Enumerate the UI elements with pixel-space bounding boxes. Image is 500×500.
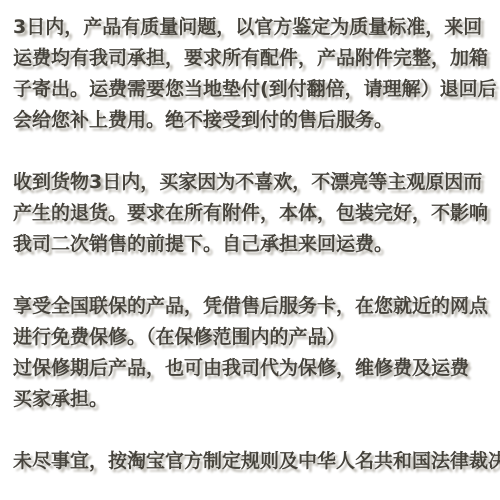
text-line: 未尽事宜，按淘宝官方制定规则及中华人名共和国法律裁决: [13, 446, 492, 477]
text-line: 过保修期后产品，也可由我司代为保修，维修费及运费: [13, 353, 492, 384]
text-line: 会给您补上费用。绝不接受到付的售后服务。: [13, 105, 492, 136]
text-line: 子寄出。运费需要您当地垫付(到付翻倍，请理解）退回后: [13, 74, 492, 105]
paragraph: 3日内，产品有质量问题，以官方鉴定为质量标准，来回运费均有我司承担，要求所有配件…: [13, 12, 492, 136]
paragraph: 未尽事宜，按淘宝官方制定规则及中华人名共和国法律裁决: [13, 446, 492, 477]
after-sales-terms-text: 3日内，产品有质量问题，以官方鉴定为质量标准，来回运费均有我司承担，要求所有配件…: [0, 0, 500, 500]
text-line: 买家承担。: [13, 384, 492, 415]
text-line: 享受全国联保的产品，凭借售后服务卡，在您就近的网点: [13, 291, 492, 322]
page: { "page": { "width": 500, "height": 500,…: [0, 0, 500, 500]
text-line: 收到货物3日内，买家因为不喜欢，不漂亮等主观原因而: [13, 167, 492, 198]
text-line: 3日内，产品有质量问题，以官方鉴定为质量标准，来回: [13, 12, 492, 43]
paragraph: 享受全国联保的产品，凭借售后服务卡，在您就近的网点进行免费保修。（在保修范围内的…: [13, 291, 492, 415]
text-line: 我司二次销售的前提下。自己承担来回运费。: [13, 229, 492, 260]
text-line: 运费均有我司承担，要求所有配件，产品附件完整，加箱: [13, 43, 492, 74]
paragraph: 收到货物3日内，买家因为不喜欢，不漂亮等主观原因而产生的退货。要求在所有附件，本…: [13, 167, 492, 260]
text-line: 进行免费保修。（在保修范围内的产品）: [13, 322, 492, 353]
text-line: 产生的退货。要求在所有附件，本体，包装完好，不影响: [13, 198, 492, 229]
